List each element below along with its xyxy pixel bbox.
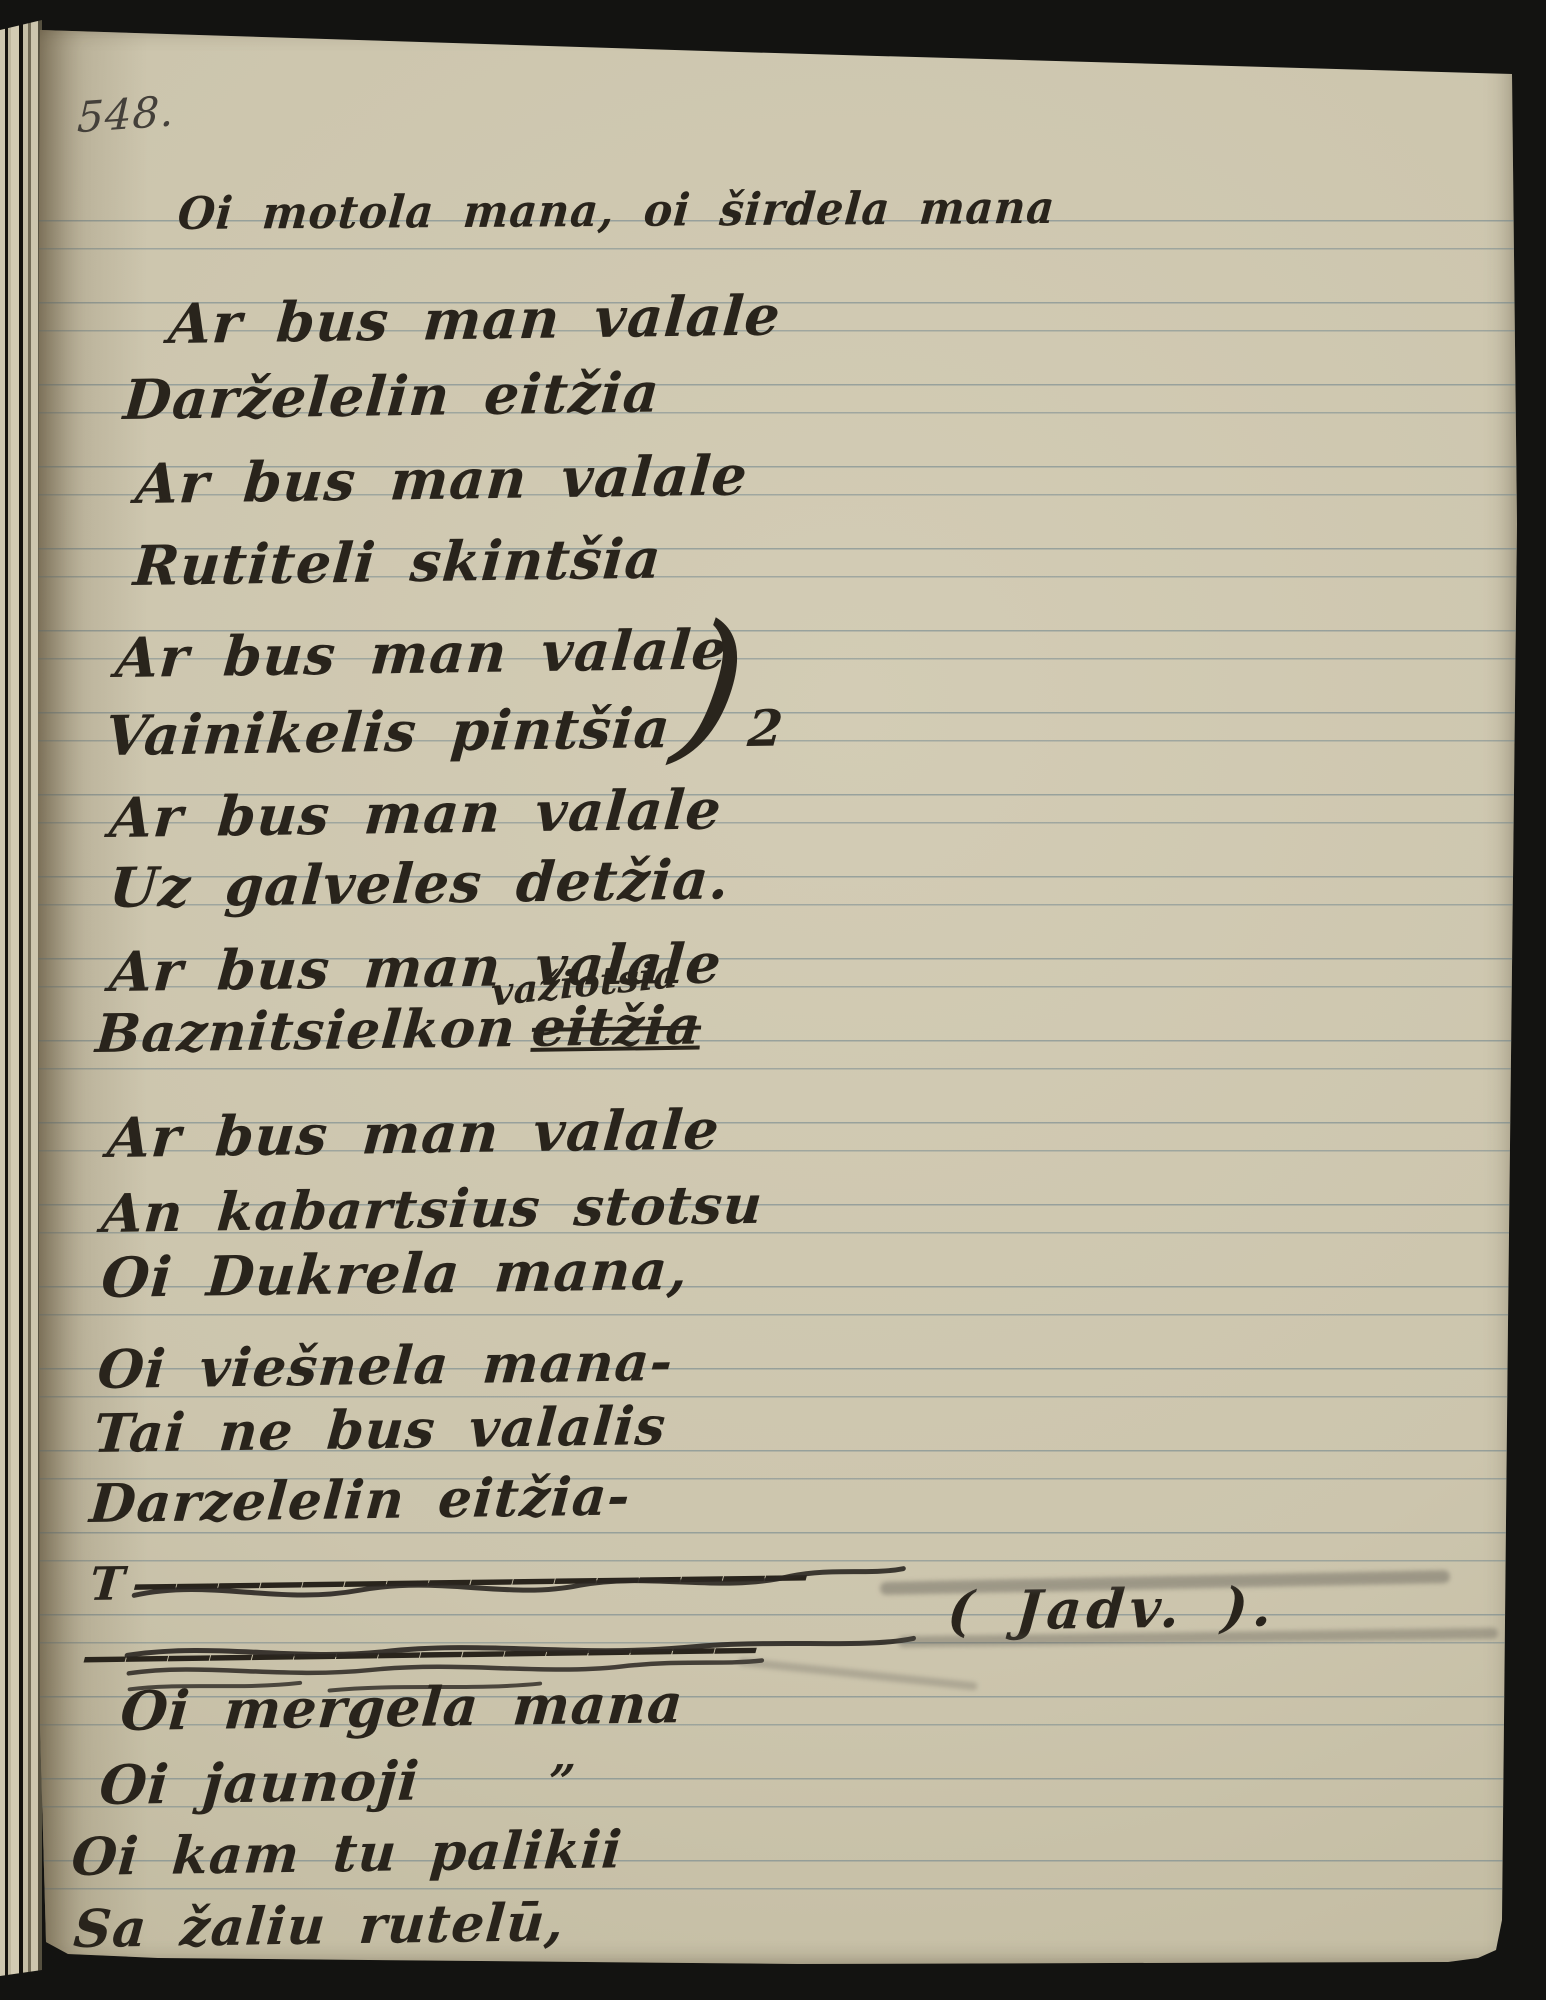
handwritten-line: Sa žaliu rutelū,: [72, 1893, 567, 1960]
handwritten-line-with-ditto: Oi jaunoji ”: [97, 1747, 578, 1816]
handwritten-line: Oi kam tu palikii: [70, 1820, 625, 1887]
handwritten-line: Ar bus man valale: [166, 283, 783, 355]
handwritten-line: Oi motola mana, oi širdela mana: [176, 182, 1057, 240]
ditto-mark: ”: [546, 1755, 577, 1808]
handwritten-line: Vainikelis pintšia: [103, 696, 673, 767]
scribble-strikeout: [128, 1551, 913, 1618]
handwritten-line: Ar bus man valale: [105, 1097, 722, 1169]
handwritten-line: Oi viešnela mana-: [96, 1332, 676, 1401]
handwritten-line: An kabartsius stotsu: [100, 1175, 766, 1245]
handwritten-line: Ar bus man valale: [107, 777, 724, 849]
handwritten-line: Darzelelin eitžia-: [88, 1466, 633, 1534]
handwritten-line: Rutiteli skintšia: [131, 527, 663, 598]
attribution: ( Jadv. ).: [945, 1575, 1278, 1642]
handwritten-line: Tai ne bus valalis: [92, 1396, 669, 1465]
line-text: Oi jaunoji: [97, 1749, 422, 1817]
handwritten-line: Ar bus man valale: [133, 443, 750, 515]
scanned-manuscript: 548. Oi motola mana, oi širdela mana Ar …: [0, 0, 1546, 2000]
crossed-out-line: T ————————————————: [88, 1547, 913, 1611]
handwritten-line: Darželelin eitžia: [121, 361, 662, 432]
repeat-count: 2: [746, 700, 786, 758]
handwritten-line: Oi Dukrela mana,: [99, 1238, 690, 1309]
handwritten-line: Oi mergela mana: [118, 1672, 685, 1742]
line-text: Baznitsielkon: [94, 997, 519, 1065]
handwritten-line-with-correction: Baznitsielkoneitžia važiotsia: [94, 996, 704, 1065]
book-binding-edge: [0, 20, 42, 1976]
notebook-page: 548. Oi motola mana, oi širdela mana Ar …: [38, 24, 1518, 1968]
handwritten-line: Uz galveles detžia.: [107, 847, 731, 919]
page-number: 548.: [76, 87, 175, 142]
handwritten-line: Ar bus man valale: [113, 617, 730, 689]
